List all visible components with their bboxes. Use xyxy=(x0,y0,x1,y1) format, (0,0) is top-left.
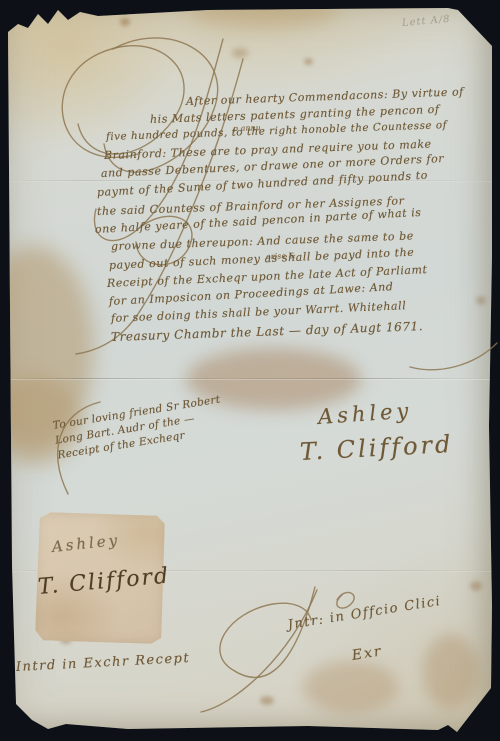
photograph-of-manuscript: Lett A/8 After our hearty Commendacons: … xyxy=(0,0,500,741)
foxing-cluster-bottom xyxy=(303,661,398,713)
foxing-dot xyxy=(304,58,313,65)
foxing-dot xyxy=(260,696,274,705)
foxing-dot xyxy=(120,18,130,26)
fold-crease-middle xyxy=(8,378,492,379)
foxing-cluster-bottom-right xyxy=(423,634,478,709)
stain-top-edge xyxy=(188,0,338,28)
foxing-dot xyxy=(232,48,248,58)
foxing-dot xyxy=(476,296,486,305)
foxing-dot xyxy=(470,581,482,591)
